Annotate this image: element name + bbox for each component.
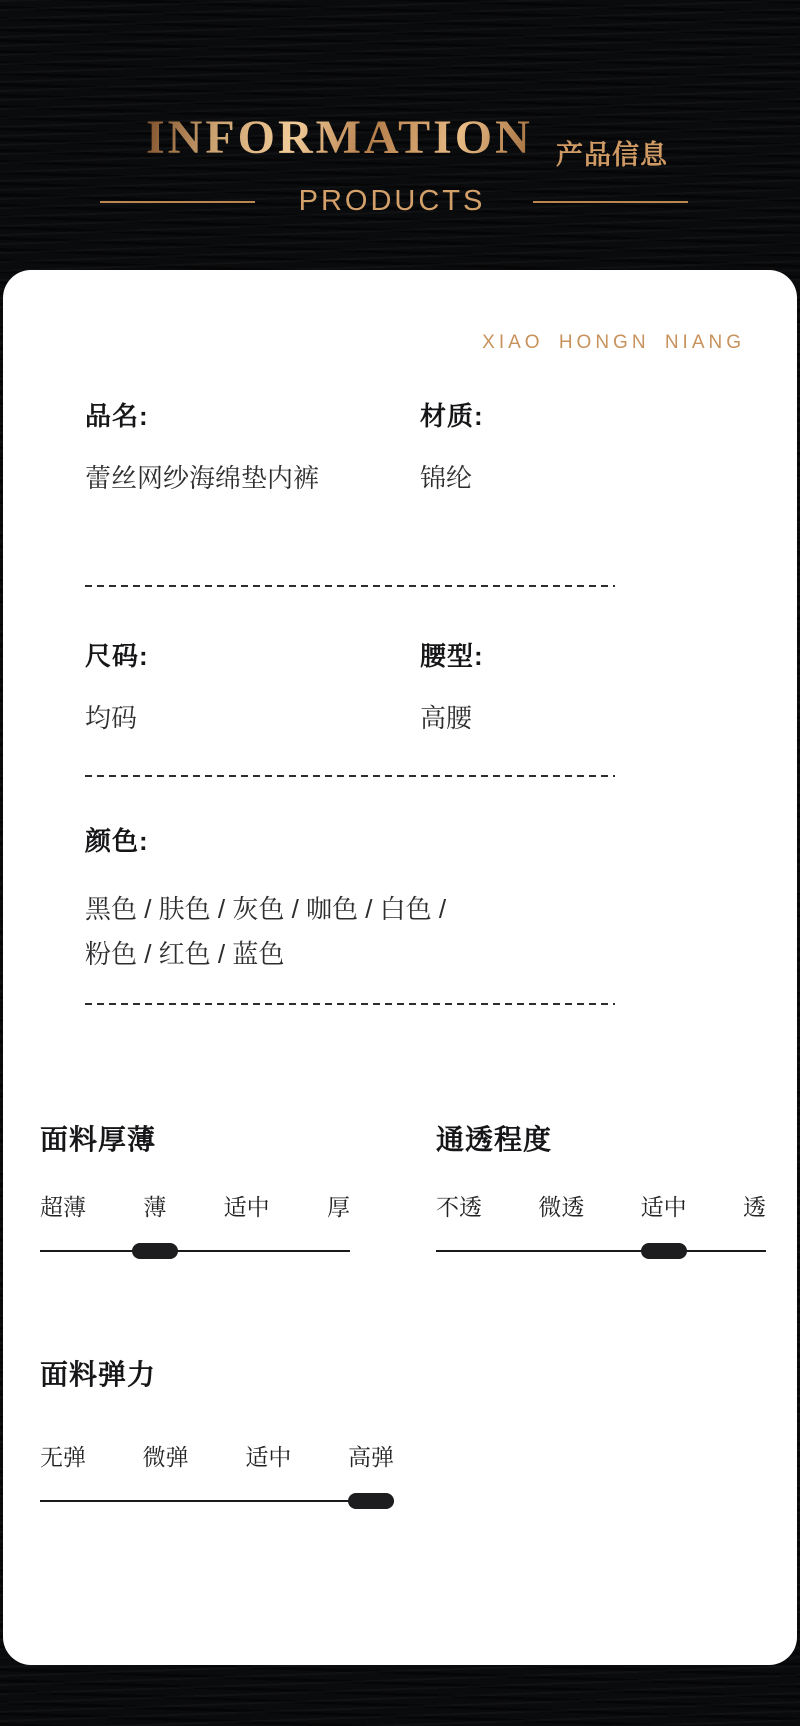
spec-row-values: 均码 高腰 (85, 702, 615, 734)
slider-track (40, 1243, 350, 1259)
section-subtitle-row: PRODUCTS (100, 186, 688, 217)
slider-track (40, 1493, 394, 1509)
slider-label: 透 (743, 1193, 766, 1221)
transparency-indicator: 通透程度 不透 微透 适中 透 (436, 1123, 766, 1259)
section-title-cn: 产品信息 (556, 140, 668, 170)
slider-pill (348, 1493, 394, 1509)
section-header: INFORMATION 产品信息 PRODUCTS (0, 0, 800, 270)
decorative-line-right (533, 201, 688, 203)
slider-label: 无弹 (40, 1443, 86, 1471)
fabric-thickness-indicator: 面料厚薄 超薄 薄 适中 厚 (40, 1123, 350, 1259)
slider-track (436, 1243, 766, 1259)
slider-track-line (436, 1250, 766, 1252)
fabric-indicators: 面料厚薄 超薄 薄 适中 厚 通透程度 不透 微透 适中 透 (40, 1123, 797, 1509)
slider-label: 适中 (245, 1443, 291, 1471)
slider-label: 不透 (436, 1193, 482, 1221)
product-info-card: XIAO HONGN NIANG 品名: 材质: 蕾丝网纱海绵垫内裤 锦纶 尺码… (3, 270, 797, 1665)
spec-row-values: 蕾丝网纱海绵垫内裤 锦纶 (85, 462, 615, 494)
product-name-value: 蕾丝网纱海绵垫内裤 (85, 462, 420, 494)
dashed-divider (85, 585, 615, 587)
color-values: 黑色 / 肤色 / 灰色 / 咖色 / 白色 / 粉色 / 红色 / 蓝色 (85, 887, 615, 977)
dashed-divider (85, 1003, 615, 1005)
size-label: 尺码: (85, 640, 420, 672)
spec-row-labels: 品名: 材质: (85, 400, 615, 432)
color-values-line2: 粉色 / 红色 / 蓝色 (85, 932, 615, 977)
slider-track-line (40, 1250, 350, 1252)
slider-label: 微透 (538, 1193, 584, 1221)
slider-track-line (40, 1500, 394, 1502)
transparency-title: 通透程度 (436, 1123, 766, 1157)
slider-label: 适中 (641, 1193, 687, 1221)
material-value: 锦纶 (420, 462, 615, 494)
brand-name: XIAO HONGN NIANG (3, 270, 797, 354)
slider-label: 适中 (224, 1193, 270, 1221)
fabric-thickness-title: 面料厚薄 (40, 1123, 350, 1157)
spec-row-labels: 尺码: 腰型: (85, 640, 615, 672)
slider-label: 微弹 (143, 1443, 189, 1471)
slider-label: 厚 (327, 1193, 350, 1221)
waist-type-label: 腰型: (420, 640, 615, 672)
slider-pill (641, 1243, 687, 1259)
product-name-label: 品名: (85, 400, 420, 432)
slider-pill (132, 1243, 178, 1259)
spec-list: 品名: 材质: 蕾丝网纱海绵垫内裤 锦纶 尺码: 腰型: 均码 高腰 颜色: 黑… (85, 400, 615, 1005)
fabric-elasticity-title: 面料弹力 (40, 1358, 394, 1392)
slider-label: 高弹 (348, 1443, 394, 1471)
section-title: INFORMATION (146, 112, 533, 164)
slider-label: 薄 (143, 1193, 166, 1221)
fabric-elasticity-indicator: 面料弹力 无弹 微弹 适中 高弹 (40, 1358, 394, 1509)
slider-label: 超薄 (40, 1193, 86, 1221)
color-values-line1: 黑色 / 肤色 / 灰色 / 咖色 / 白色 / (85, 887, 615, 932)
waist-type-value: 高腰 (420, 702, 615, 734)
material-label: 材质: (420, 400, 615, 432)
dashed-divider (85, 775, 615, 777)
color-label: 颜色: (85, 825, 615, 857)
section-subtitle: PRODUCTS (299, 186, 486, 217)
size-value: 均码 (85, 702, 420, 734)
decorative-line-left (100, 201, 255, 203)
